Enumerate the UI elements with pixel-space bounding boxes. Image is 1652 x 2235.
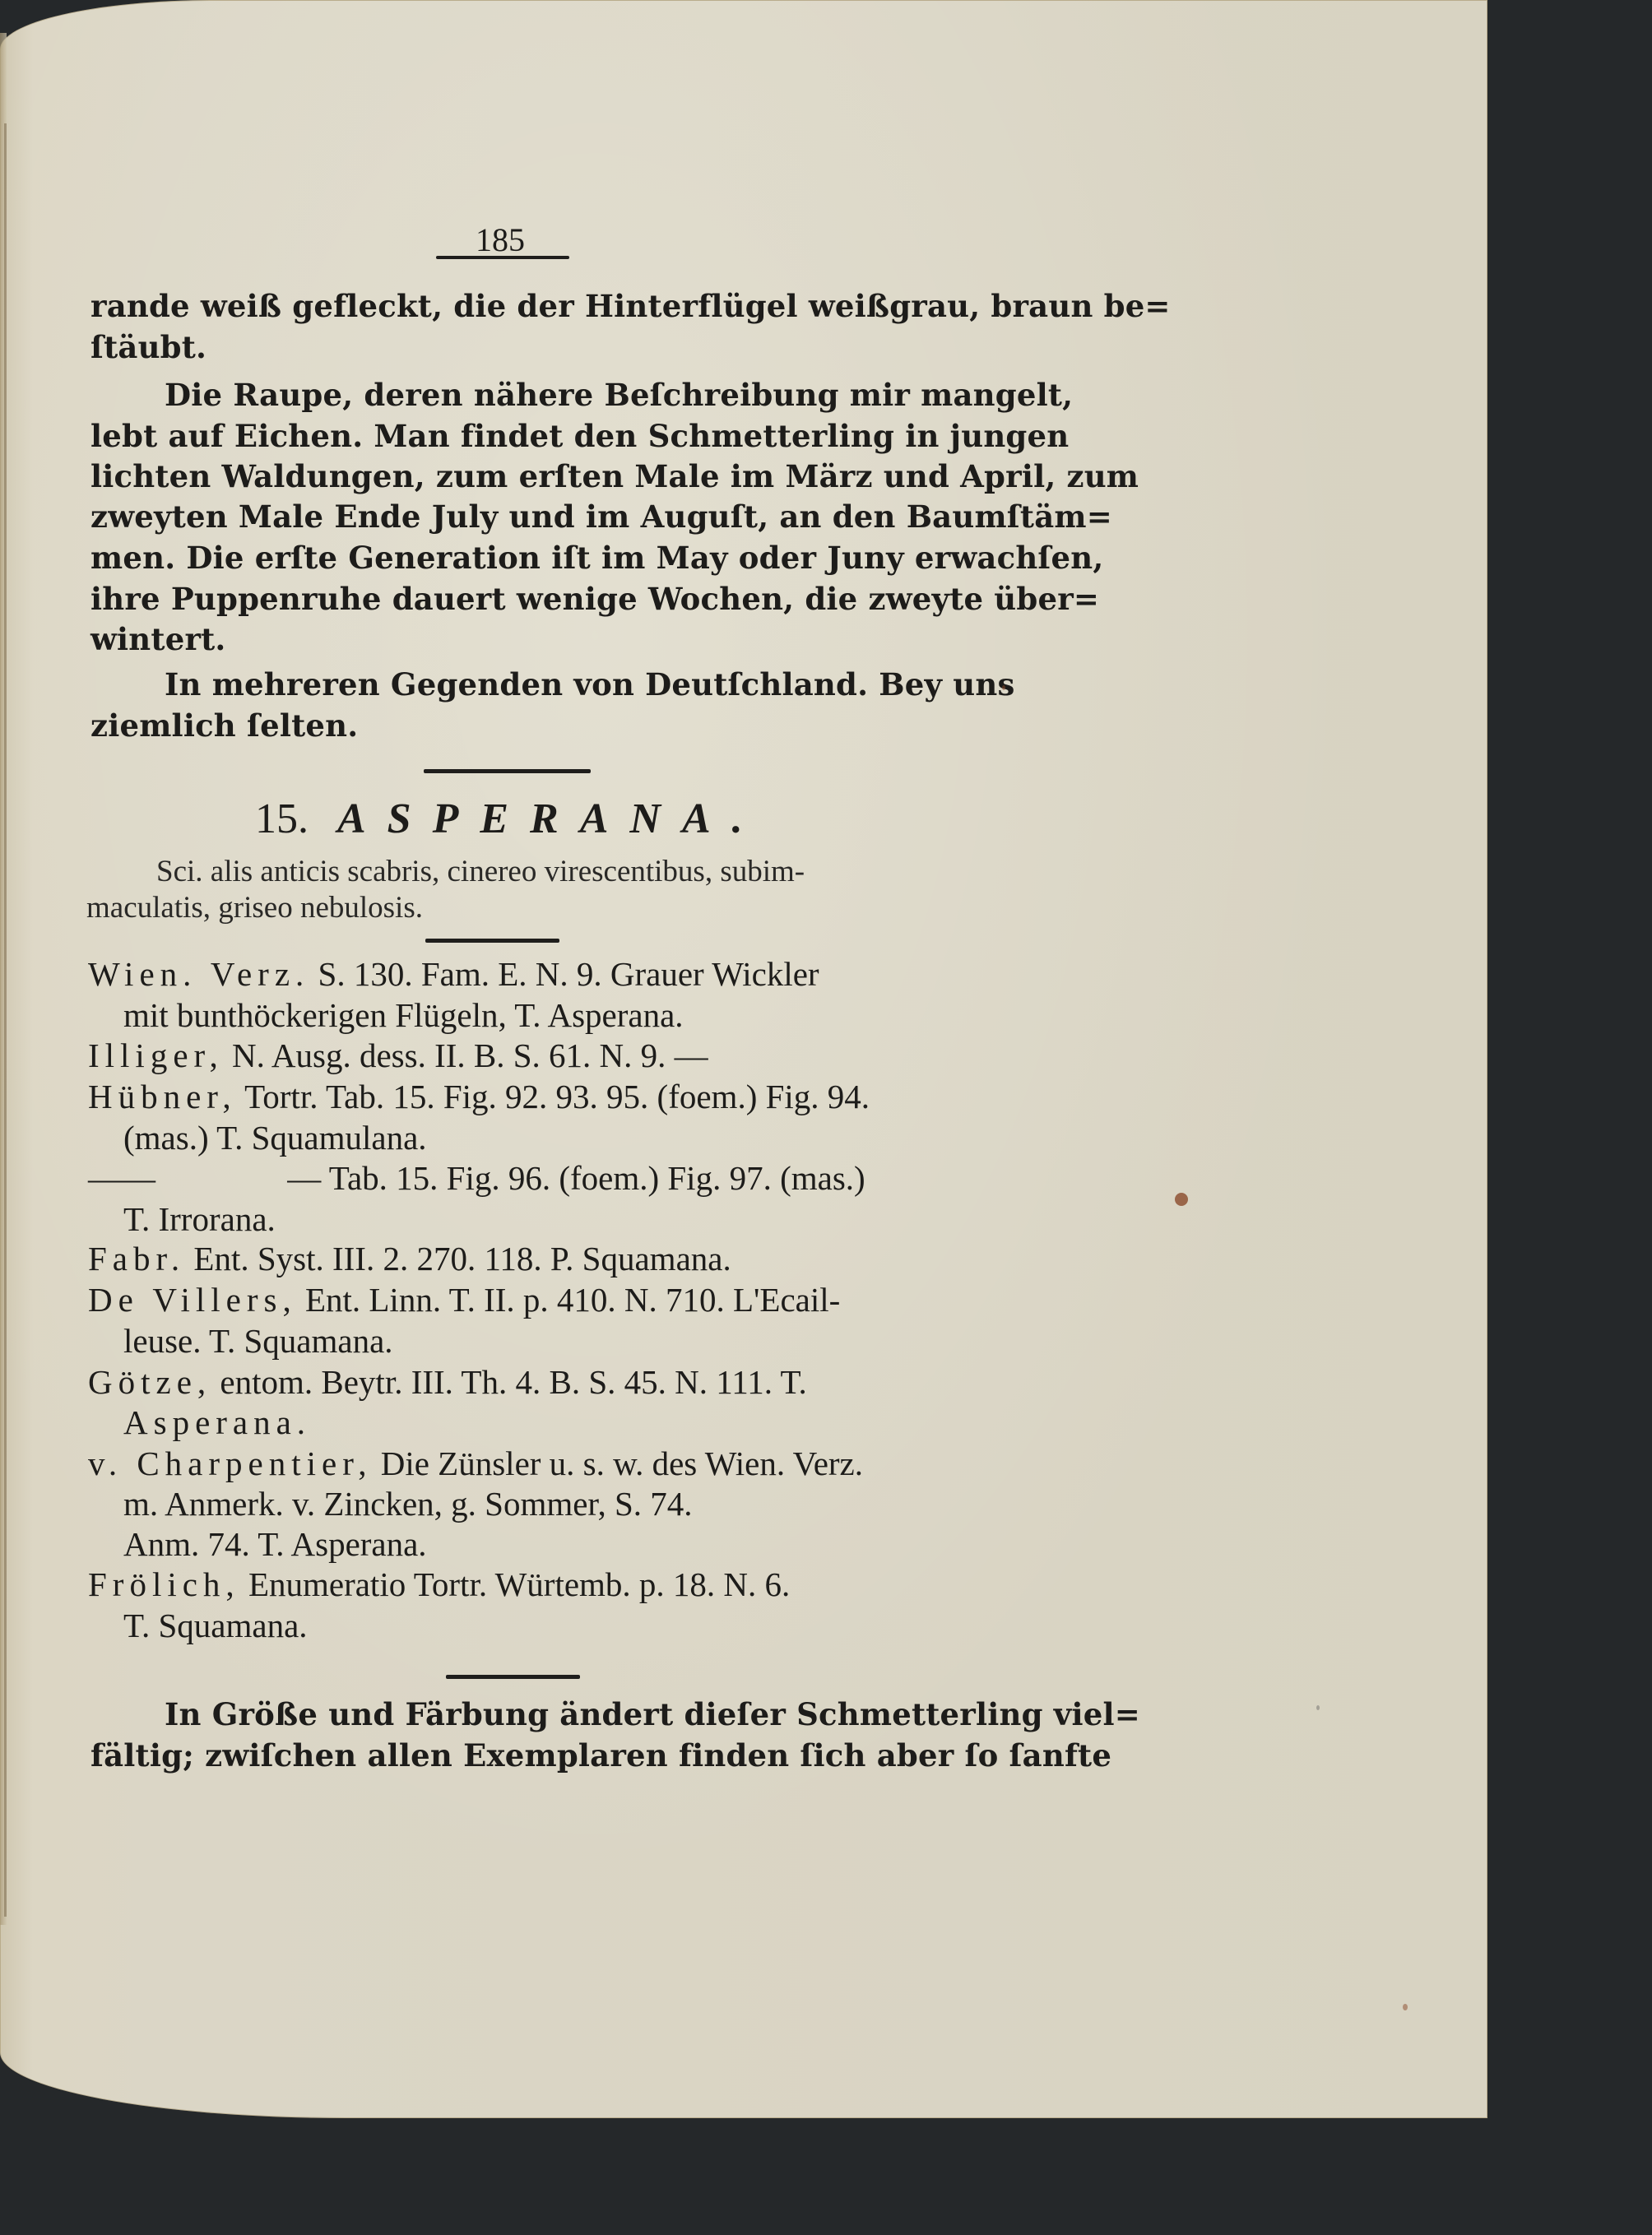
foxing-spot	[1403, 2004, 1408, 2010]
reference-text: Enumeratio Tortr. Würtemb. p. 18. N. 6.	[248, 1565, 790, 1603]
reference-item: Asperana.	[123, 1403, 311, 1442]
section-divider-bottom	[446, 1675, 580, 1679]
diagnosis-line-1: Sci. alis anticis scabris, cinereo vires…	[156, 854, 805, 889]
paragraph-2-line-1: Die Raupe, deren nähere Beſchreibung mir…	[165, 377, 913, 413]
paragraph-1-line-2: ſtäubt.	[90, 329, 206, 365]
reference-text: Die Zünsler u. s. w. des Wien. Verz.	[381, 1444, 863, 1482]
section-divider-top	[424, 769, 591, 773]
reference-text: m. Anmerk. v. Zincken, g. Sommer, S. 74.	[123, 1485, 693, 1523]
reference-text: mit bunthöckerigen Flügeln, T. Asperana.	[123, 996, 684, 1034]
reference-author: Hübner,	[88, 1078, 237, 1115]
reference-item: v. Charpentier, Die Zünsler u. s. w. des…	[88, 1444, 863, 1483]
paragraph-4-line-2: fältig; zwiſchen allen Exemplaren finden…	[90, 1737, 1111, 1774]
reference-text: Anm. 74. T. Asperana.	[123, 1525, 427, 1563]
foxing-spot	[1175, 1193, 1188, 1206]
reference-item: Götze, entom. Beytr. III. Th. 4. B. S. 4…	[88, 1362, 807, 1402]
reference-author: Frölich,	[88, 1565, 240, 1603]
reference-item: T. Irrorana.	[123, 1199, 276, 1239]
reference-item: Illiger, N. Ausg. dess. II. B. S. 61. N.…	[88, 1036, 708, 1075]
reference-item: Wien. Verz. S. 130. Fam. E. N. 9. Grauer…	[88, 954, 819, 994]
reference-item: mit bunthöckerigen Flügeln, T. Asperana.	[123, 995, 684, 1035]
reference-text: Ent. Syst. III. 2. 270. 118. P. Squamana…	[193, 1240, 731, 1277]
reference-text: T. Squamana.	[123, 1607, 308, 1644]
book-page: 185 rande weiß gefleckt, die der Hinterf…	[0, 0, 1487, 2118]
reference-item: Anm. 74. T. Asperana.	[123, 1524, 427, 1564]
reference-text: Tortr. Tab. 15. Fig. 92. 93. 95. (foem.)…	[244, 1078, 870, 1115]
paragraph-3-line-2: ziemlich ſelten.	[90, 707, 358, 744]
reference-item: Fabr. Ent. Syst. III. 2. 270. 118. P. Sq…	[88, 1239, 731, 1278]
reference-author: v. Charpentier,	[88, 1444, 372, 1482]
page-number: 185	[476, 220, 525, 259]
reference-author: Götze,	[88, 1363, 211, 1401]
species-number: 15.	[255, 795, 309, 842]
page-spine-edge	[4, 123, 7, 1917]
reference-author: Fabr.	[88, 1240, 185, 1277]
foxing-spot	[1002, 685, 1005, 690]
paragraph-2-line-5: men. Die erſte Generation iſt im May ode…	[90, 540, 1103, 576]
reference-author: De Villers,	[88, 1281, 297, 1319]
species-name: ASPERANA.	[337, 795, 764, 842]
reference-text: N. Ausg. dess. II. B. S. 61. N. 9. —	[232, 1036, 708, 1074]
reference-item: (mas.) T. Squamulana.	[123, 1118, 427, 1157]
reference-author: Wien. Verz.	[88, 955, 309, 993]
reference-author: ——	[88, 1159, 155, 1197]
reference-item: leuse. T. Squamana.	[123, 1321, 393, 1361]
paragraph-2-line-7: wintert.	[90, 621, 226, 657]
reference-text: leuse. T. Squamana.	[123, 1322, 393, 1360]
section-divider-middle	[425, 939, 559, 943]
reference-item: De Villers, Ent. Linn. T. II. p. 410. N.…	[88, 1280, 840, 1319]
paragraph-3-line-1: In mehreren Gegenden von Deutſchland. Be…	[165, 666, 1015, 702]
species-heading: 15. ASPERANA.	[255, 795, 764, 843]
paragraph-4-line-1: In Größe und Färbung ändert dieſer Schme…	[165, 1696, 1140, 1732]
reference-text: — Tab. 15. Fig. 96. (foem.) Fig. 97. (ma…	[287, 1159, 865, 1197]
paragraph-2-line-2: lebt auf Eichen. Man findet den Schmette…	[90, 418, 1069, 454]
paragraph-2-line-6: ihre Puppenruhe dauert wenige Wochen, di…	[90, 581, 1099, 617]
reference-text: Ent. Linn. T. II. p. 410. N. 710. L'Ecai…	[305, 1281, 840, 1319]
reference-item: —— — Tab. 15. Fig. 96. (foem.) Fig. 97. …	[88, 1158, 865, 1198]
paragraph-2-line-4: zweyten Male Ende July und im Auguſt, an…	[90, 498, 1112, 535]
foxing-spot	[1316, 1705, 1320, 1710]
paragraph-2-line-3: lichten Waldungen, zum erſten Male im Mä…	[90, 458, 1139, 494]
paragraph-1-line-1: rande weiß gefleckt, die der Hinterflüge…	[90, 288, 913, 324]
reference-text: (mas.) T. Squamulana.	[123, 1119, 427, 1157]
reference-item: T. Squamana.	[123, 1606, 308, 1645]
reference-text: T. Irrorana.	[123, 1200, 276, 1238]
reference-author: Illiger,	[88, 1036, 224, 1074]
reference-text: entom. Beytr. III. Th. 4. B. S. 45. N. 1…	[220, 1363, 806, 1401]
reference-text: S. 130. Fam. E. N. 9. Grauer Wickler	[318, 955, 819, 993]
reference-item: Frölich, Enumeratio Tortr. Würtemb. p. 1…	[88, 1565, 790, 1604]
reference-item: m. Anmerk. v. Zincken, g. Sommer, S. 74.	[123, 1484, 693, 1523]
reference-text: Asperana.	[123, 1403, 311, 1441]
diagnosis-line-2: maculatis, griseo nebulosis.	[86, 890, 423, 925]
reference-item: Hübner, Tortr. Tab. 15. Fig. 92. 93. 95.…	[88, 1077, 870, 1116]
page-number-rule	[436, 256, 569, 259]
